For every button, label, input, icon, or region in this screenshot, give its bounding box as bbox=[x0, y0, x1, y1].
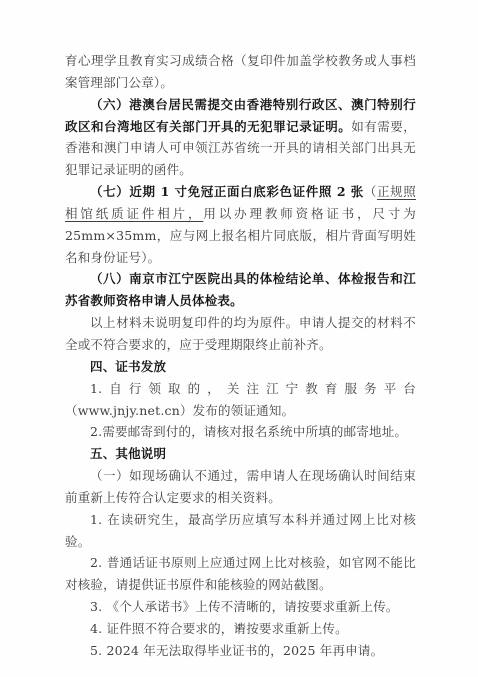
materials-note-paragraph: 以上材料未说明复印件的均为原件。申请人提交的材料不全或不符合要求的，应于受理期限… bbox=[65, 312, 416, 356]
text-run: 五、其他说明 bbox=[90, 446, 166, 461]
item-5-5-paragraph: 5. 2024 年无法取得毕业证书的，2025 年再申请。 bbox=[65, 640, 416, 662]
item-5-3-paragraph: 3. 《个人承诺书》上传不清晰的，请按要求重新上传。 bbox=[65, 596, 416, 618]
section-4-heading: 四、证书发放 bbox=[65, 356, 416, 378]
text-run: 3. 《个人承诺书》上传不清晰的，请按要求重新上传。 bbox=[90, 599, 399, 614]
item-5-2-paragraph: 2. 普通话证书原则上应通过网上比对核验，如官网不能比对核验，请提供证书原件和能… bbox=[65, 552, 416, 596]
text-run: 2. 普通话证书原则上应通过网上比对核验，如官网不能比对核验，请提供证书原件和能… bbox=[65, 555, 416, 592]
text-run: 育心理学且教育实习成绩合格（复印件加盖学校教务或人事档案管理部门公章）。 bbox=[65, 53, 416, 90]
continuation-paragraph: 育心理学且教育实习成绩合格（复印件加盖学校教务或人事档案管理部门公章）。 bbox=[65, 50, 416, 94]
item-6-paragraph: （六）港澳台居民需提交由香港特别行政区、澳门特别行政区和台湾地区有关部门开具的无… bbox=[65, 94, 416, 181]
document-page: 育心理学且教育实习成绩合格（复印件加盖学校教务或人事档案管理部门公章）。（六）港… bbox=[0, 0, 478, 677]
item-8-paragraph: （八）南京市江宁医院出具的体检结论单、体检报告和江苏省教师资格申请人员体检表。 bbox=[65, 268, 416, 312]
text-run: 1. 在读研究生，最高学历应填写本科并通过网上比对核验。 bbox=[65, 512, 416, 549]
text-run: 四、证书发放 bbox=[90, 359, 166, 374]
section-5-heading: 五、其他说明 bbox=[65, 443, 416, 465]
item-4-1-paragraph: 1.自行领取的，关注江宁教育服务平台（www.jnjy.net.cn）发布的领证… bbox=[65, 378, 416, 422]
text-run: 1.自行领取的，关注江宁教育服务平台（www.jnjy.net.cn）发布的领证… bbox=[65, 381, 416, 418]
text-run: （七）近期 1 寸免冠正面白底彩色证件照 2 张 bbox=[90, 184, 364, 199]
text-run: （一）如现场确认不通过，需申请人在现场确认时间结束前重新上传符合认定要求的相关资… bbox=[65, 468, 416, 505]
item-5-1-paragraph: 1. 在读研究生，最高学历应填写本科并通过网上比对核验。 bbox=[65, 509, 416, 553]
text-run: 2.需要邮寄到付的，请核对报名系统中所填的邮寄地址。 bbox=[90, 424, 407, 439]
document-body: 育心理学且教育实习成绩合格（复印件加盖学校教务或人事档案管理部门公章）。（六）港… bbox=[65, 50, 416, 662]
item-5-intro-paragraph: （一）如现场确认不通过，需申请人在现场确认时间结束前重新上传符合认定要求的相关资… bbox=[65, 465, 416, 509]
item-7-paragraph: （七）近期 1 寸免冠正面白底彩色证件照 2 张（正规照相馆纸质证件相片，用以办… bbox=[65, 181, 416, 268]
text-run: （八）南京市江宁医院出具的体检结论单、体检报告和江苏省教师资格申请人员体检表。 bbox=[65, 271, 416, 308]
item-4-2-paragraph: 2.需要邮寄到付的，请核对报名系统中所填的邮寄地址。 bbox=[65, 421, 416, 443]
text-run: （ bbox=[364, 184, 377, 199]
page-number: 4 bbox=[0, 623, 478, 633]
text-run: 以上材料未说明复印件的均为原件。申请人提交的材料不全或不符合要求的，应于受理期限… bbox=[65, 315, 416, 352]
text-run: 5. 2024 年无法取得毕业证书的，2025 年再申请。 bbox=[90, 643, 383, 658]
